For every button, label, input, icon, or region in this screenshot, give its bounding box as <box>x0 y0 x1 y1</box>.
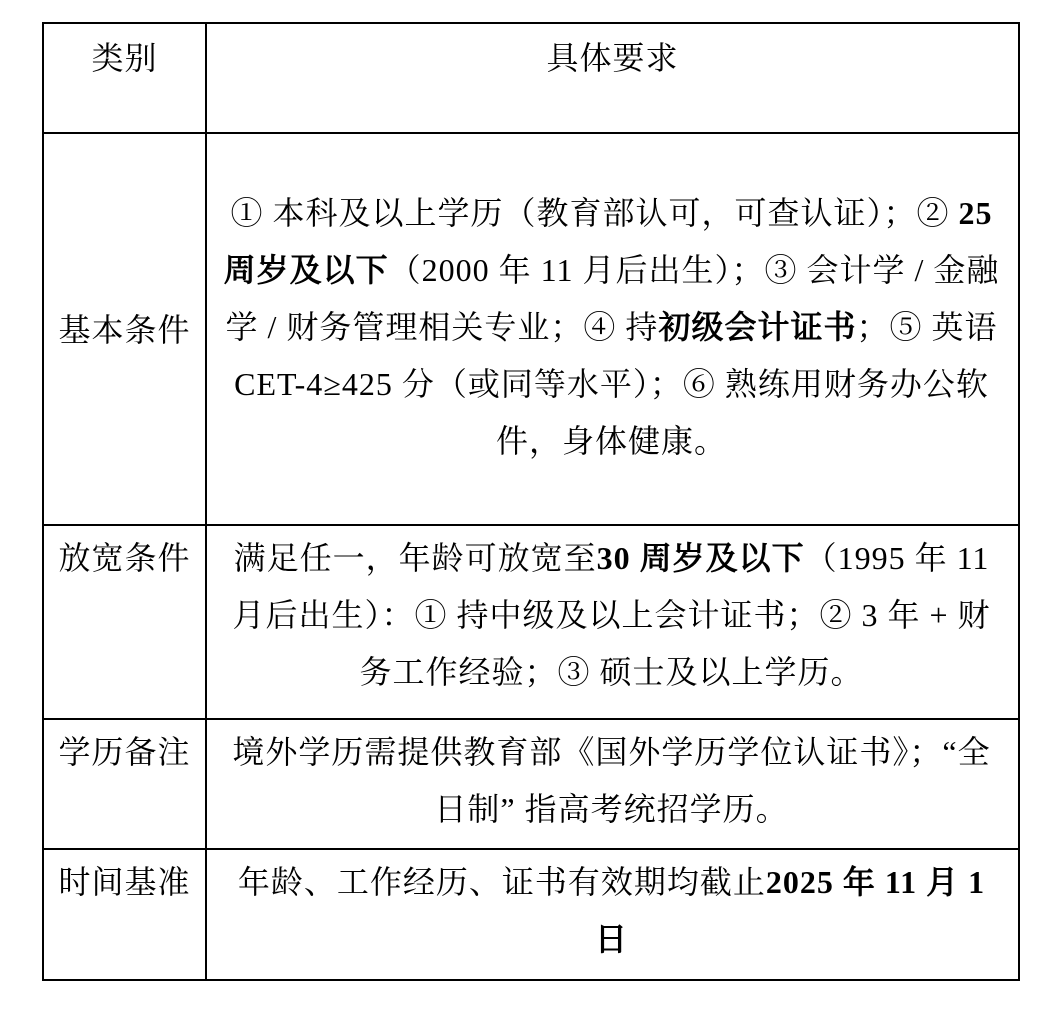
table-header-row: 类别 具体要求 <box>43 23 1019 133</box>
category-cell-basic: 基本条件 <box>43 133 206 525</box>
table-row-relaxed-conditions: 放宽条件 满足任一，年龄可放宽至30 周岁及以下（1995 年 11 月后出生）… <box>43 525 1019 719</box>
category-cell-relaxed: 放宽条件 <box>43 525 206 719</box>
header-category-cell: 类别 <box>43 23 206 133</box>
requirements-table: 类别 具体要求 基本条件 ① 本科及以上学历（教育部认可，可查认证）；② 25 … <box>42 22 1020 981</box>
requirements-cell-relaxed: 满足任一，年龄可放宽至30 周岁及以下（1995 年 11 月后出生）：① 持中… <box>206 525 1019 719</box>
category-cell-education-note: 学历备注 <box>43 719 206 849</box>
table-row-basic-conditions: 基本条件 ① 本科及以上学历（教育部认可，可查认证）；② 25 周岁及以下（20… <box>43 133 1019 525</box>
header-requirements-cell: 具体要求 <box>206 23 1019 133</box>
requirements-cell-basic: ① 本科及以上学历（教育部认可，可查认证）；② 25 周岁及以下（2000 年 … <box>206 133 1019 525</box>
table-row-education-note: 学历备注 境外学历需提供教育部《国外学历学位认证书》；“全日制” 指高考统招学历… <box>43 719 1019 849</box>
requirements-cell-time-baseline: 年龄、工作经历、证书有效期均截止2025 年 11 月 1 日 <box>206 849 1019 980</box>
document-page: 类别 具体要求 基本条件 ① 本科及以上学历（教育部认可，可查认证）；② 25 … <box>0 0 1064 1009</box>
requirements-cell-education-note: 境外学历需提供教育部《国外学历学位认证书》；“全日制” 指高考统招学历。 <box>206 719 1019 849</box>
table-row-time-baseline: 时间基准 年龄、工作经历、证书有效期均截止2025 年 11 月 1 日 <box>43 849 1019 980</box>
category-cell-time-baseline: 时间基准 <box>43 849 206 980</box>
